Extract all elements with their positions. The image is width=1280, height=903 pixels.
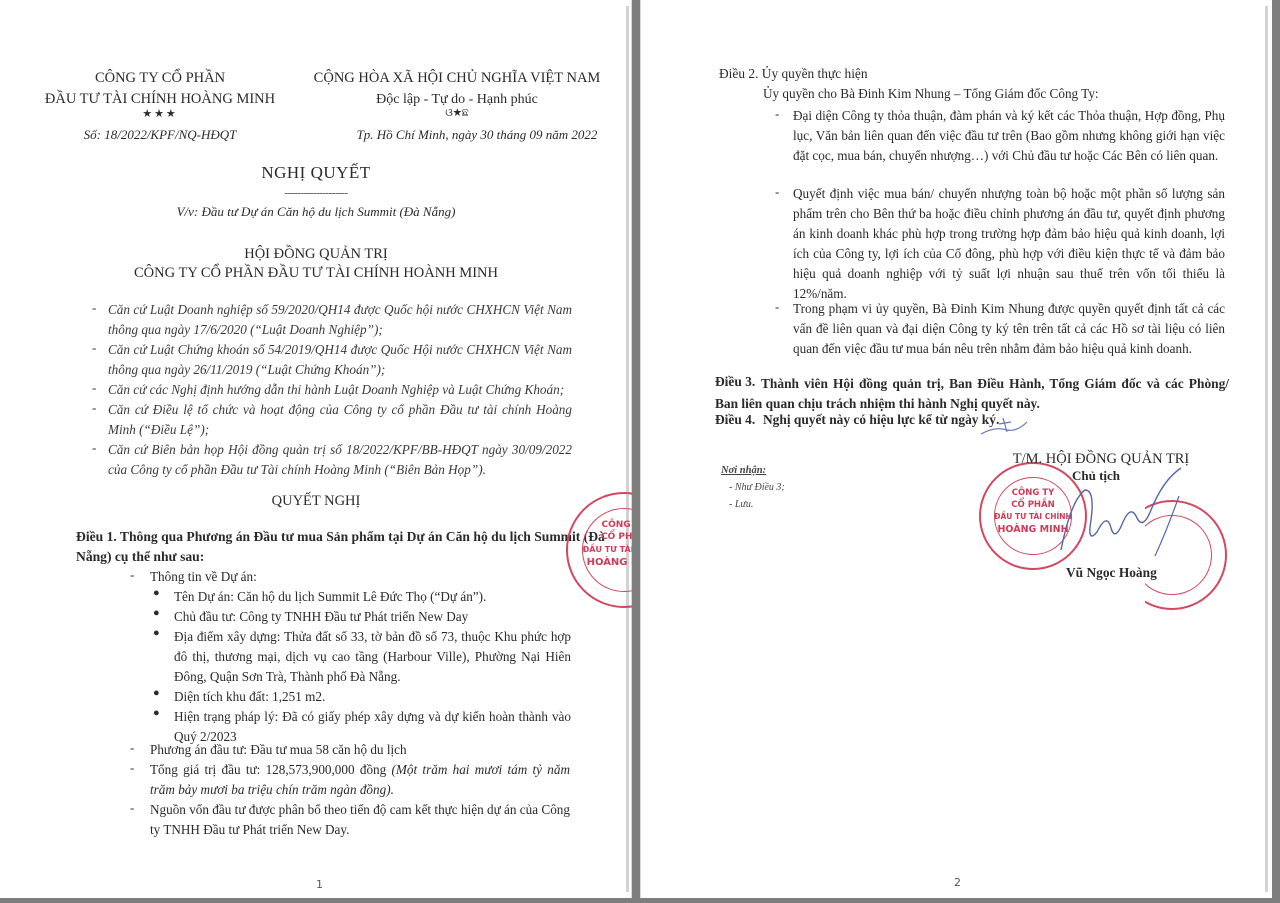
legal-basis-item: Căn cứ Biên bản họp Hội đồng quản trị số… — [108, 440, 572, 480]
project-info-item: Địa điểm xây dựng: Thửa đất số 33, tờ bả… — [174, 627, 571, 687]
national-title: CỘNG HÒA XÃ HỘI CHỦ NGHĨA VIỆT NAM — [302, 68, 612, 89]
project-info-label: Thông tin về Dự án: — [150, 567, 570, 587]
document-subject: V/v: Đầu tư Dự án Căn hộ du lịch Summit … — [0, 204, 632, 220]
funding-source: Nguồn vốn đầu tư được phân bổ theo tiến … — [150, 800, 570, 840]
signer-name: Vũ Ngọc Hoàng — [1066, 565, 1157, 581]
page-number: 2 — [954, 876, 961, 889]
project-info-item: Diện tích khu đất: 1,251 m2. — [174, 687, 574, 707]
ornament-decoration: ଓ★ଛ — [302, 107, 612, 120]
decision-heading: QUYẾT NGHỊ — [0, 491, 632, 512]
total-investment-value: Tổng giá trị đầu tư: 128,573,900,000 đồn… — [150, 760, 570, 800]
legal-basis-item: Căn cứ các Nghị định hướng dẫn thi hành … — [108, 380, 588, 400]
page-number: 1 — [316, 878, 323, 891]
article-3-text: Thành viên Hội đồng quản trị, Ban Điều H… — [715, 374, 1229, 414]
recipients-label: Nơi nhận: — [721, 465, 766, 476]
document-page-2: Điều 2. Ủy quyền thực hiện Ủy quyền cho … — [640, 0, 1272, 898]
article-1-heading: Điều 1. Thông qua Phương án Đầu tư mua S… — [76, 527, 616, 567]
handwritten-signature — [1051, 460, 1191, 570]
initials-mark — [977, 410, 1031, 440]
page-edge — [626, 6, 629, 892]
authorization-item: Quyết định việc mua bán/ chuyển nhượng t… — [793, 184, 1225, 304]
page-edge — [1265, 6, 1268, 892]
article-2-intro: Ủy quyền cho Bà Đinh Kim Nhung – Tổng Gi… — [763, 86, 1099, 102]
issuer-line1: HỘI ĐỒNG QUẢN TRỊ — [0, 244, 632, 265]
title-separator: -------------------- — [0, 187, 632, 199]
company-name-line1: CÔNG TY CỔ PHẦN — [60, 68, 260, 89]
article-2-heading: Điều 2. Ủy quyền thực hiện — [719, 66, 868, 82]
article-4-label: Điều 4. — [715, 412, 755, 428]
legal-basis-item: Căn cứ Điều lệ tổ chức và hoạt động của … — [108, 400, 572, 440]
project-info-item: Tên Dự án: Căn hộ du lịch Summit Lê Đức … — [174, 587, 574, 607]
place-and-date: Tp. Hồ Chí Minh, ngày 30 tháng 09 năm 20… — [332, 124, 622, 145]
project-info-item: Chủ đầu tư: Công ty TNHH Đầu tư Phát tri… — [174, 607, 574, 627]
document-page-1: CÔNG TY CỔ PHẦN ĐẦU TƯ TÀI CHÍNH HOÀNG M… — [0, 0, 632, 898]
stars-decoration: ★★★ — [60, 107, 260, 120]
issuer-line2: CÔNG TY CỔ PHẦN ĐẦU TƯ TÀI CHÍNH HOÀNH M… — [0, 263, 632, 284]
document-title: NGHỊ QUYẾT — [0, 163, 632, 183]
recipient-item: - Lưu. — [729, 499, 753, 510]
investment-plan: Phương án đầu tư: Đầu tư mua 58 căn hộ d… — [150, 740, 570, 760]
authorization-item: Đại diện Công ty thỏa thuận, đàm phán và… — [793, 106, 1225, 166]
article-4-text: Nghị quyết này có hiệu lực kể từ ngày ký… — [763, 412, 999, 428]
legal-basis-item: Căn cứ Luật Doanh nghiệp số 59/2020/QH14… — [108, 300, 572, 340]
document-number: Số: 18/2022/KPF/NQ-HĐQT — [40, 124, 280, 145]
recipient-item: - Như Điều 3; — [729, 482, 785, 493]
company-stamp-partial: CÔNG TY CỔ PHẦN ĐẦU TƯ TÀI CHÍNH HOÀNG M… — [560, 490, 632, 610]
legal-basis-item: Căn cứ Luật Chứng khoán số 54/2019/QH14 … — [108, 340, 572, 380]
authorization-item: Trong phạm vi ủy quyền, Bà Đinh Kim Nhun… — [793, 299, 1225, 359]
